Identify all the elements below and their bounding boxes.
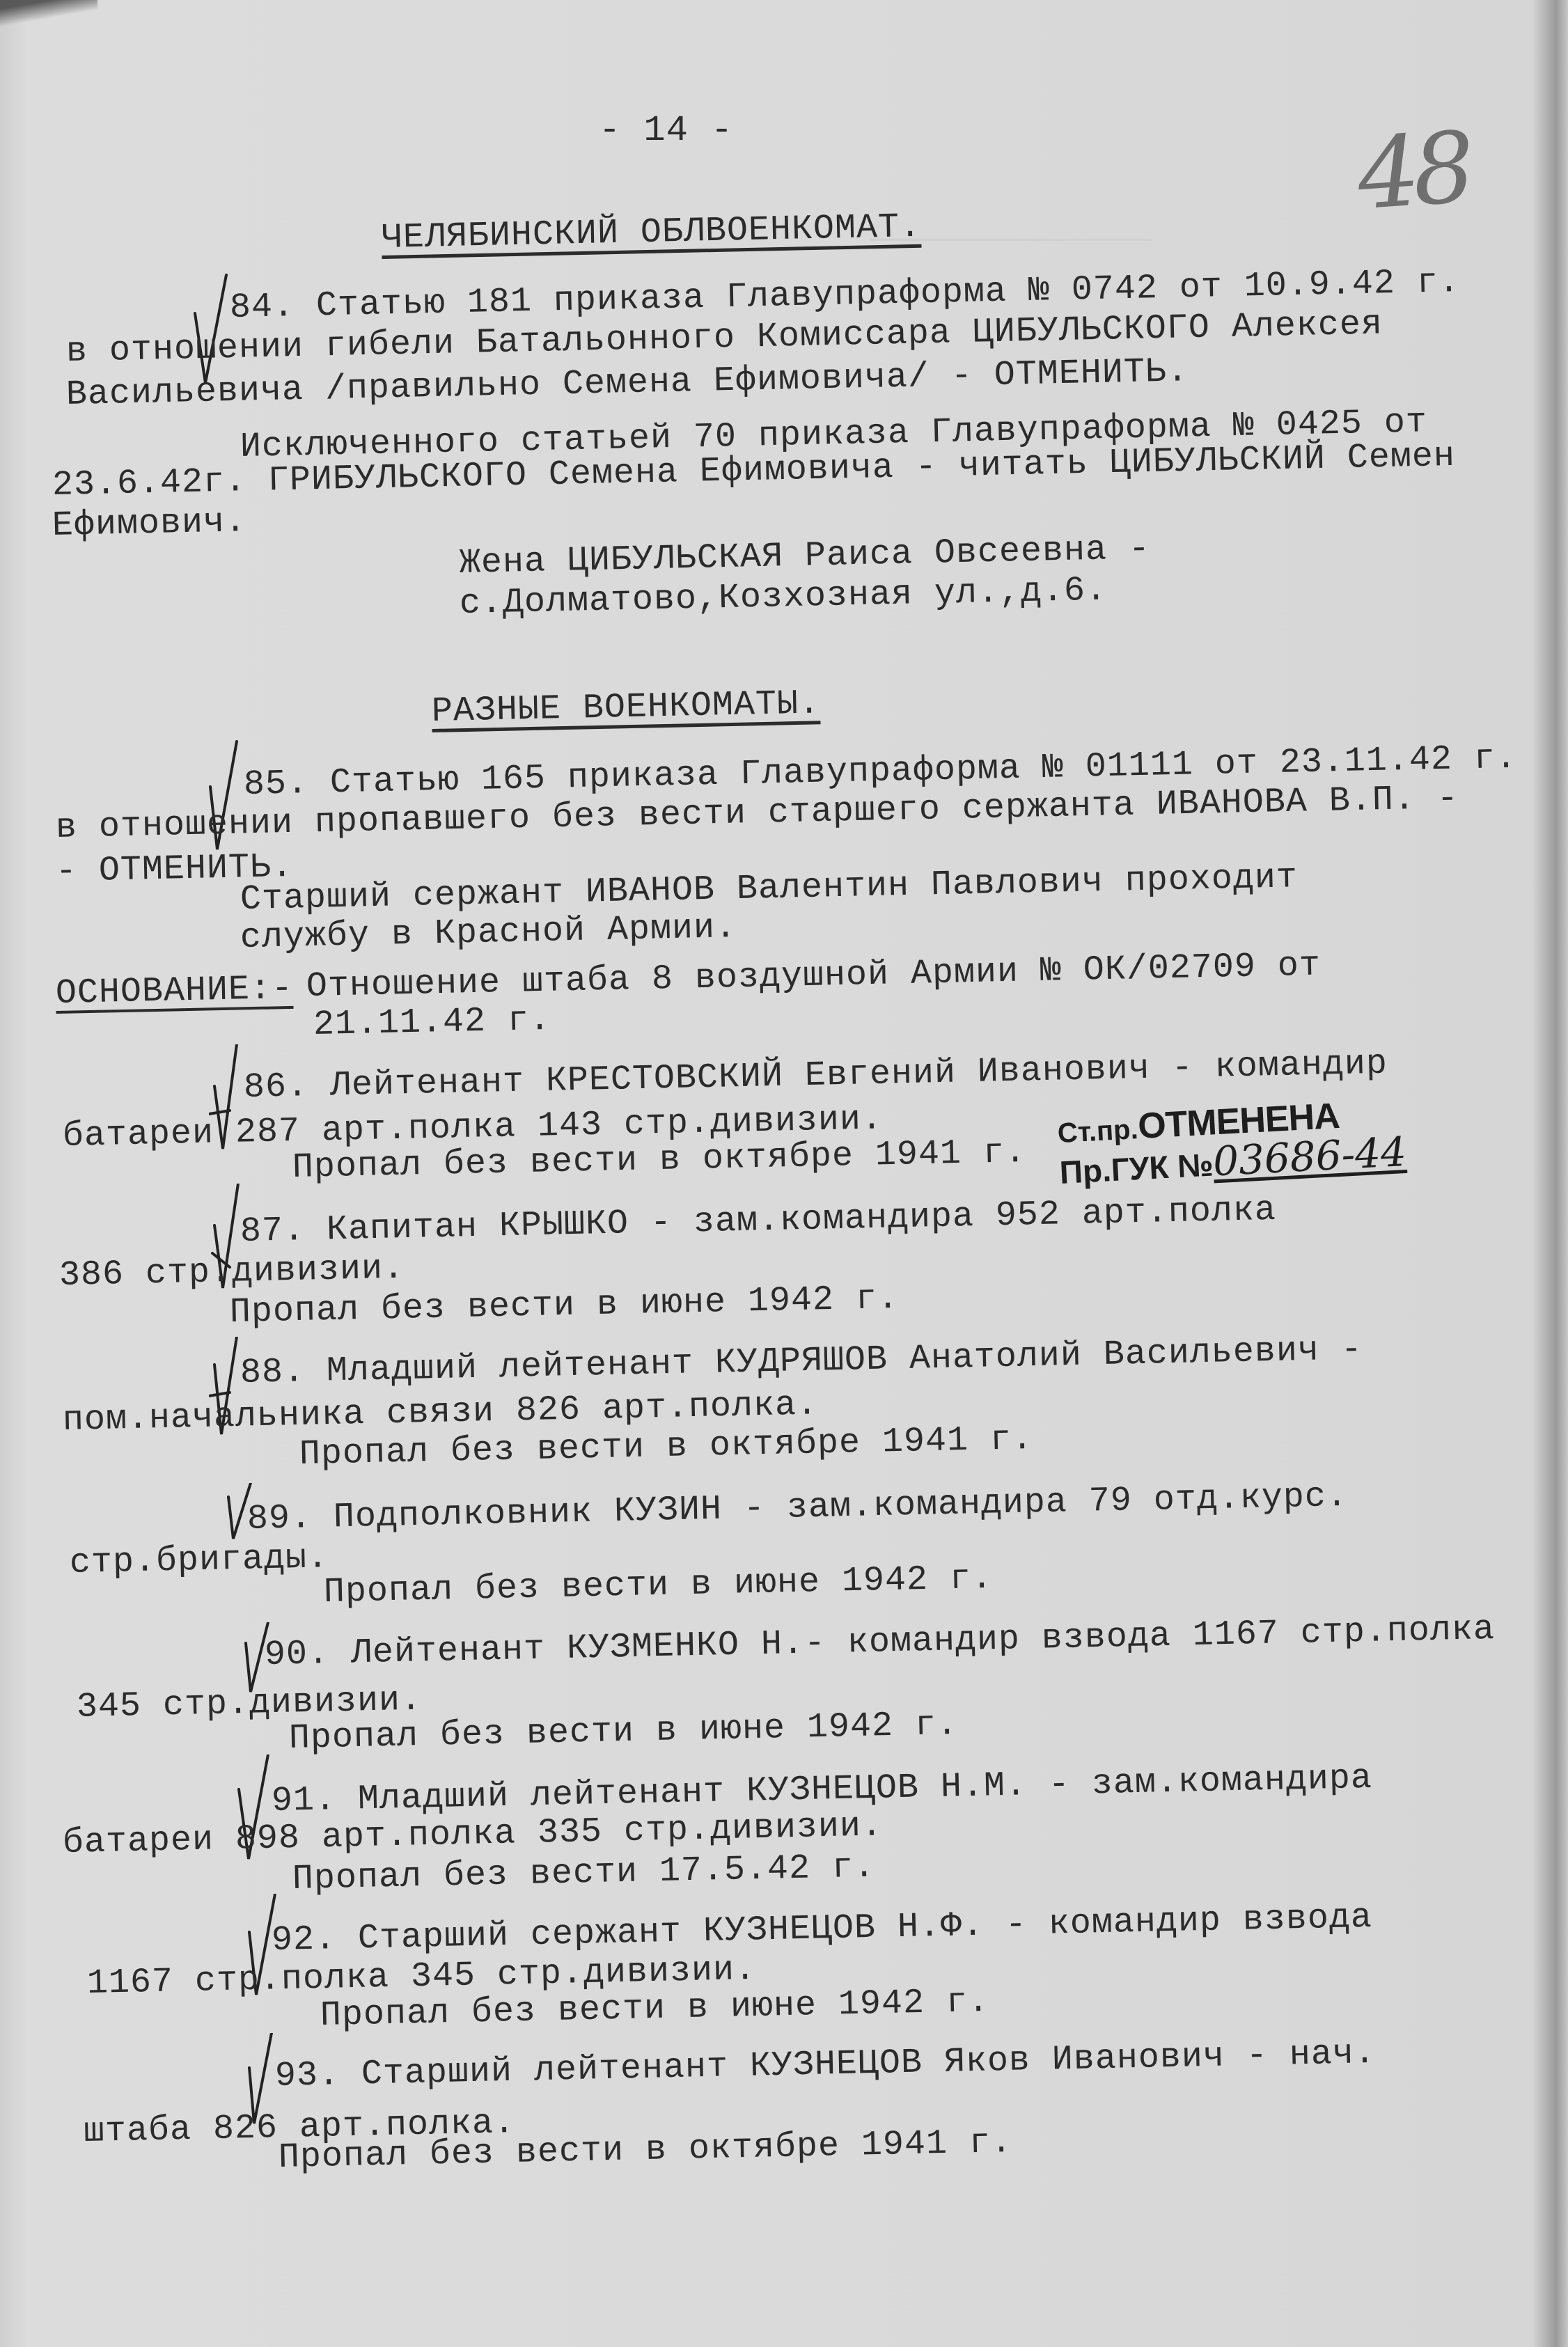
- section-heading-chelyabinsk: ЧЕЛЯБИНСКИЙ ОБЛВОЕНКОМАТ.: [381, 208, 921, 258]
- section-heading-various: РАЗНЫЕ ВОЕНКОМАТЫ.: [431, 684, 820, 732]
- stamp-prefix: Ст.пр.: [1057, 1114, 1139, 1149]
- item-84-line-6: Ефимович.: [52, 503, 246, 546]
- item-86-line-1: 86. Лейтенант КРЕСТОВСКИЙ Евгений Иванов…: [243, 1045, 1388, 1108]
- page-number: - 14 -: [599, 111, 733, 150]
- stamp-order-prefix: Пр.ГУК №: [1059, 1146, 1214, 1190]
- sheet-number-handwritten: 48: [1354, 111, 1472, 233]
- item-89-line-2: стр.бригады.: [69, 1539, 329, 1583]
- item-87-line-1: 87. Капитан КРЫШКО - зам.командира 952 а…: [240, 1191, 1276, 1252]
- item-90-line-1: 90. Лейтенант КУЗМЕНКО Н.- командир взво…: [264, 1610, 1495, 1675]
- item-92-line-1: 92. Старший сержант КУЗНЕЦОВ Н.Ф. - кома…: [271, 1899, 1372, 1961]
- basis-line-1: Отношение штаба 8 воздушной Армии № ОК/0…: [306, 946, 1321, 1007]
- stamp-order-number-handwritten: 03686-44: [1212, 1128, 1407, 1185]
- item-87-line-2: 386 стр.дивизии.: [58, 1250, 405, 1296]
- item-89-line-3: Пропал без вести в июне 1942 г.: [323, 1560, 993, 1612]
- document-page: ────────────── - 14 - 48 ЧЕЛЯБИНСКИЙ ОБЛ…: [0, 0, 1568, 2347]
- item-85-line-4: Старший сержант ИВАНОВ Валентин Павлович…: [240, 858, 1298, 920]
- basis-label: ОСНОВАНИЕ:-: [55, 970, 293, 1014]
- page-corner-shadow: [0, 0, 97, 28]
- cancellation-stamp: Ст.пр.ОТМЕНЕНА Пр.ГУК №03686-44: [1056, 1094, 1407, 1191]
- item-89-line-1: 89. Подполковник КУЗИН - зам.командира 7…: [246, 1477, 1348, 1539]
- item-93-line-1: 93. Старший лейтенант КУЗНЕЦОВ Яков Иван…: [274, 2034, 1376, 2096]
- item-88-line-1: 88. Младший лейтенант КУДРЯШОВ Анатолий …: [240, 1331, 1363, 1393]
- basis-line-2: 21.11.42 г.: [313, 1001, 551, 1045]
